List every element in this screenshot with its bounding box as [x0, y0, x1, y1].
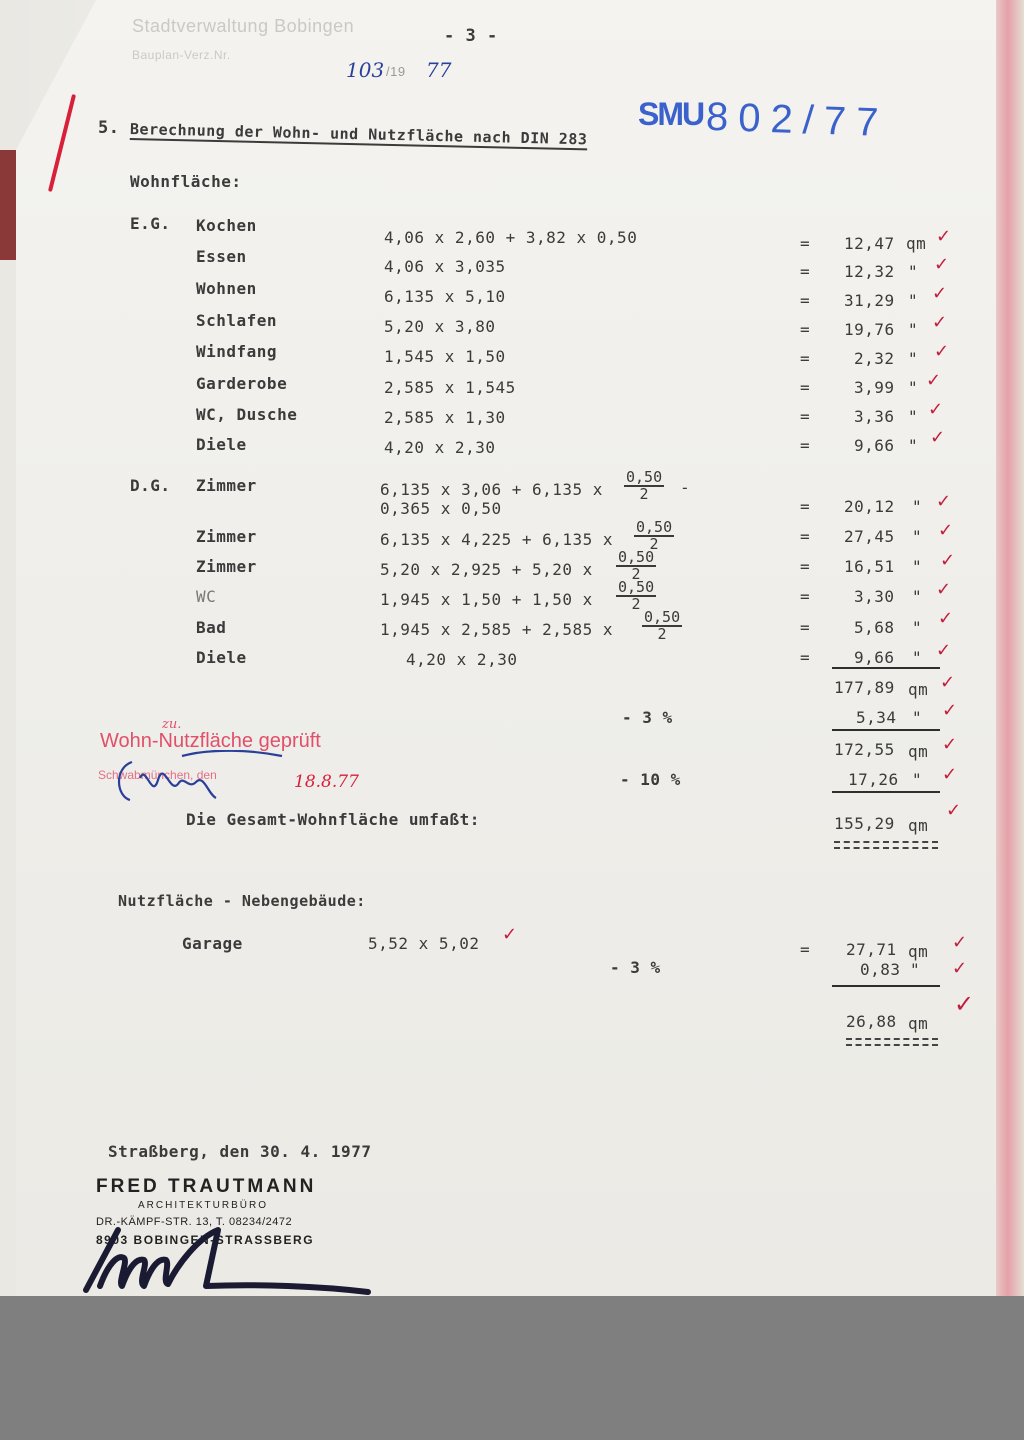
equals-sign: =	[800, 557, 810, 576]
check-mark-icon: ✓	[936, 226, 951, 247]
approval-signature-icon	[112, 750, 292, 810]
total-label: Die Gesamt-Wohnfläche umfaßt:	[186, 810, 480, 829]
page-number: - 3 -	[444, 26, 498, 46]
architect-signature-icon	[78, 1224, 378, 1298]
double-underline	[834, 841, 938, 849]
equals-sign: =	[800, 527, 810, 546]
room-area: 27,45	[844, 527, 895, 546]
check-mark-icon: ✓	[942, 734, 957, 755]
place-date: Straßberg, den 30. 4. 1977	[108, 1142, 371, 1161]
room-area: 16,51	[844, 557, 895, 576]
fraction-denominator: 2	[658, 627, 667, 642]
check-mark-icon: ✓	[936, 579, 951, 600]
equals-sign: =	[800, 497, 810, 516]
architect-name: FRED TRAUTMANN	[96, 1176, 316, 1198]
room-formula: 4,20 x 2,30	[384, 438, 495, 457]
room-unit: "	[908, 378, 918, 397]
stamp-date: 18.8.77	[294, 772, 359, 792]
room-name: WC, Dusche	[196, 405, 297, 424]
check-mark-icon: ✓	[940, 550, 955, 571]
garage-deduction-label: - 3 %	[610, 958, 661, 977]
check-mark-icon: ✓	[938, 608, 953, 629]
room-name: Zimmer	[196, 476, 257, 495]
room-unit: "	[912, 618, 922, 637]
fraction-denominator: 2	[640, 487, 649, 502]
check-mark-icon: ✓	[932, 283, 947, 304]
room-formula-line2: 0,365 x 0,50	[380, 499, 502, 518]
room-area: 12,47	[844, 234, 895, 253]
room-unit: "	[908, 291, 918, 310]
section-title: Berechnung der Wohn- und Nutzfläche nach…	[130, 120, 588, 148]
fraction: 0,50 2	[624, 470, 664, 502]
check-mark-icon: ✓	[934, 341, 949, 362]
floor-label-dg: D.G.	[130, 476, 171, 495]
room-name: Kochen	[196, 216, 257, 235]
after-deduction-value: 172,55	[834, 740, 895, 759]
check-mark-icon: ✓	[946, 800, 961, 821]
total-unit: qm	[908, 816, 928, 835]
faint-stamp-line1: Stadtverwaltung Bobingen	[132, 16, 354, 37]
room-area: 9,66	[854, 648, 895, 667]
check-mark-icon: ✓	[932, 312, 947, 333]
garage-label: Garage	[182, 934, 243, 953]
equals-sign: =	[800, 587, 810, 606]
room-formula: 1,945 x 2,585 + 2,585 x	[380, 620, 613, 639]
after-deduction-unit: qm	[908, 742, 928, 761]
room-unit: qm	[906, 234, 926, 253]
room-formula: 4,06 x 3,035	[384, 257, 506, 276]
room-area: 3,99	[854, 378, 895, 397]
equals-sign: =	[800, 262, 810, 281]
deduction-10-percent-label: - 10 %	[620, 770, 681, 789]
check-mark-icon: ✓	[930, 427, 945, 448]
room-formula: 1,545 x 1,50	[384, 347, 506, 366]
bauplan-year: 77	[426, 58, 451, 82]
room-area: 9,66	[854, 436, 895, 455]
garage-deduction-unit: "	[910, 960, 920, 979]
sum-rule	[832, 729, 940, 731]
check-mark-icon: ✓	[942, 700, 957, 721]
garage-total-unit: qm	[908, 1014, 928, 1033]
sum-rule	[832, 791, 940, 793]
room-area: 3,36	[854, 407, 895, 426]
room-formula: 2,585 x 1,545	[384, 378, 516, 397]
room-name: Essen	[196, 247, 247, 266]
sum-rule	[832, 667, 940, 669]
sum-rule	[832, 985, 940, 987]
check-mark-icon: ✓	[954, 990, 974, 1018]
room-unit: "	[912, 587, 922, 606]
room-formula: 2,585 x 1,30	[384, 408, 506, 427]
room-formula: 4,06 x 2,60 + 3,82 x 0,50	[384, 228, 637, 247]
total-value: 155,29	[834, 814, 895, 833]
room-formula: 5,20 x 3,80	[384, 317, 495, 336]
check-mark-icon: ✓	[936, 640, 951, 661]
deduction-unit: "	[912, 770, 922, 789]
room-area: 19,76	[844, 320, 895, 339]
equals-sign: =	[800, 618, 810, 637]
office-label: ARCHITEKTURBÜRO	[138, 1200, 268, 1211]
deduction-3-percent-label: - 3 %	[622, 708, 673, 727]
room-name: Zimmer	[196, 527, 257, 546]
room-area: 3,30	[854, 587, 895, 606]
equals-sign: =	[800, 407, 810, 426]
room-unit: "	[908, 436, 918, 455]
room-formula: 6,135 x 5,10	[384, 287, 506, 306]
room-area: 20,12	[844, 497, 895, 516]
garage-area: 27,71	[846, 940, 897, 959]
room-unit: "	[908, 407, 918, 426]
check-mark-icon: ✓	[502, 924, 517, 945]
equals-sign: =	[800, 940, 810, 959]
room-formula: 1,945 x 1,50 + 1,50 x	[380, 590, 593, 609]
garage-deduction-value: 0,83	[860, 960, 901, 979]
room-area: 31,29	[844, 291, 895, 310]
garage-unit: qm	[908, 942, 928, 961]
room-unit: "	[912, 527, 922, 546]
garage-total: 26,88	[846, 1012, 897, 1031]
room-unit: "	[912, 497, 922, 516]
room-formula: 6,135 x 3,06 + 6,135 x	[380, 480, 603, 499]
bauplan-year-prefix: /19	[386, 64, 406, 79]
check-mark-icon: ✓	[952, 932, 967, 953]
folder-edge	[0, 150, 18, 260]
fraction-denominator: 2	[632, 597, 641, 612]
room-name: Schlafen	[196, 311, 277, 330]
garage-formula: 5,52 x 5,02	[368, 934, 479, 953]
check-mark-icon: ✓	[940, 672, 955, 693]
room-name: Garderobe	[196, 374, 287, 393]
deduction-3-percent-value: 5,34	[856, 708, 897, 727]
room-name: WC	[196, 587, 216, 606]
room-formula: 4,20 x 2,30	[406, 650, 517, 669]
room-unit: "	[908, 349, 918, 368]
double-underline	[846, 1038, 938, 1046]
room-formula: 6,135 x 4,225 + 6,135 x	[380, 530, 613, 549]
equals-sign: =	[800, 234, 810, 253]
subtotal-value: 177,89	[834, 678, 895, 697]
room-unit: "	[908, 320, 918, 339]
nutzflaeche-heading: Nutzfläche - Nebengebäude:	[118, 892, 366, 910]
floor-label-eg: E.G.	[130, 214, 171, 233]
check-mark-icon: ✓	[928, 399, 943, 420]
document-page: Stadtverwaltung Bobingen Bauplan-Verz.Nr…	[16, 0, 996, 1296]
equals-sign: =	[800, 349, 810, 368]
stamp-prefix: SMU	[638, 96, 703, 133]
room-area: 2,32	[854, 349, 895, 368]
faint-stamp-line2: Bauplan-Verz.Nr.	[132, 48, 231, 62]
check-mark-icon: ✓	[936, 491, 951, 512]
room-formula: 5,20 x 2,925 + 5,20 x	[380, 560, 593, 579]
room-unit: "	[912, 648, 922, 667]
formula-tail: -	[680, 478, 690, 497]
room-area: 12,32	[844, 262, 895, 281]
room-name: Diele	[196, 435, 247, 454]
check-mark-icon: ✓	[938, 520, 953, 541]
subtotal-unit: qm	[908, 680, 928, 699]
equals-sign: =	[800, 320, 810, 339]
check-mark-icon: ✓	[942, 764, 957, 785]
room-area: 5,68	[854, 618, 895, 637]
room-name: Bad	[196, 618, 226, 637]
check-mark-icon: ✓	[934, 254, 949, 275]
equals-sign: =	[800, 436, 810, 455]
equals-sign: =	[800, 378, 810, 397]
deduction-unit: "	[912, 708, 922, 727]
room-unit: "	[908, 262, 918, 281]
stamp-number: 802/77	[705, 95, 889, 146]
equals-sign: =	[800, 291, 810, 310]
check-mark-icon: ✓	[952, 958, 967, 979]
bauplan-number: 103	[346, 58, 384, 82]
wohnflaeche-heading: Wohnfläche:	[130, 172, 241, 191]
room-name: Windfang	[196, 342, 277, 361]
room-name: Diele	[196, 648, 247, 667]
room-name: Wohnen	[196, 279, 257, 298]
deduction-10-percent-value: 17,26	[848, 770, 899, 789]
equals-sign: =	[800, 648, 810, 667]
section-number: 5.	[98, 118, 119, 138]
room-name: Zimmer	[196, 557, 257, 576]
check-mark-icon: ✓	[926, 370, 941, 391]
room-unit: "	[912, 557, 922, 576]
fraction: 0,50 2	[642, 610, 682, 642]
